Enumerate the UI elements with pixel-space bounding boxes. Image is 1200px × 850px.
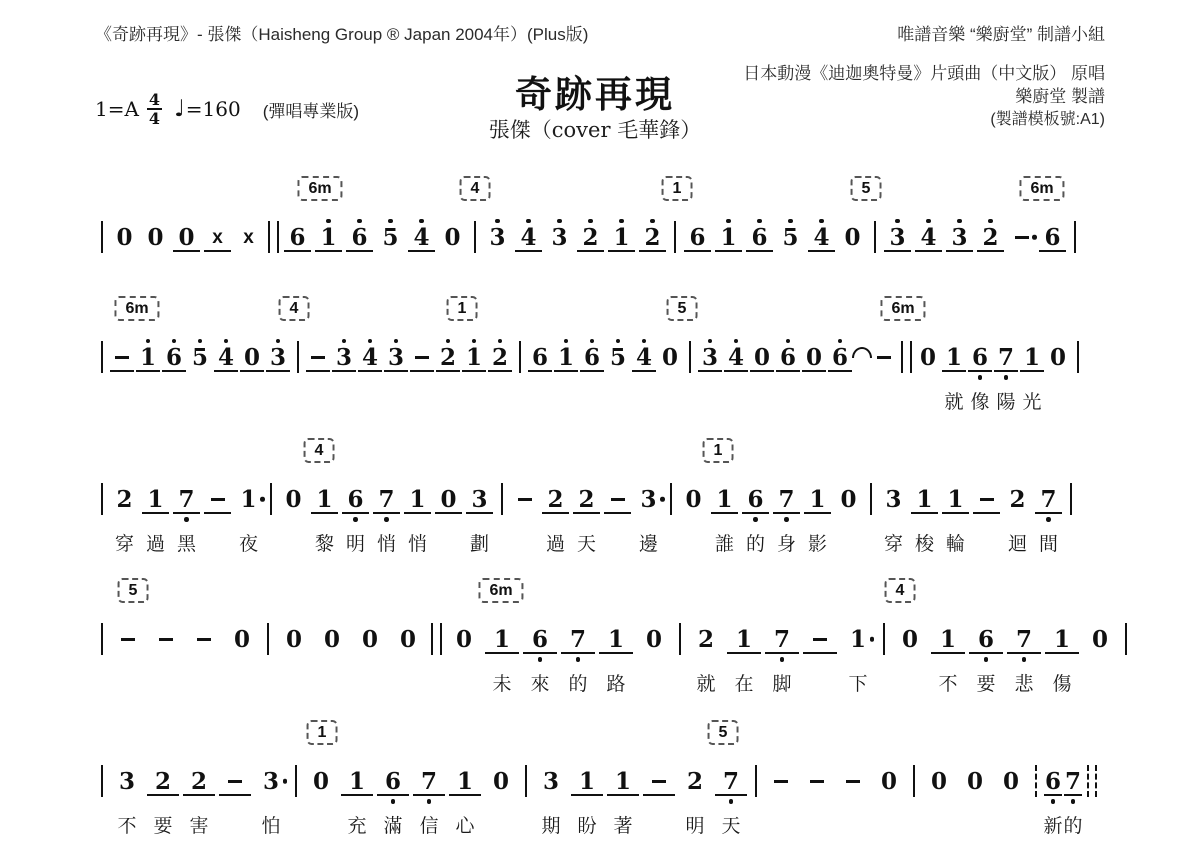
- edition-label: (彈唱專業版): [263, 97, 359, 122]
- note-token: 3: [331, 336, 357, 412]
- lyric-char: 盼: [577, 811, 596, 836]
- note-token: 0: [433, 478, 464, 554]
- note-token: 2: [575, 216, 606, 264]
- barline: [295, 765, 297, 797]
- note-token: 1心: [447, 760, 483, 836]
- note-token: 1在: [725, 618, 763, 694]
- note-token: 1不: [929, 618, 967, 694]
- barline-token: [1071, 336, 1085, 373]
- note-token: 5: [375, 216, 406, 264]
- barline: [501, 483, 503, 515]
- note-token: 7的: [559, 618, 597, 694]
- note-token: 1輪: [940, 478, 971, 554]
- note-token: 0: [275, 618, 313, 694]
- template-id-line: (製譜模板號:A1): [743, 108, 1105, 131]
- note-token: 1光: [1019, 336, 1045, 412]
- lyric-char: 悄: [377, 529, 396, 554]
- barline-token: [683, 336, 697, 373]
- barline: [874, 221, 876, 253]
- notation-row: 3不2要2害3怕01充6滿7信1心03期1盼1著2明7天00006新7的: [95, 760, 1107, 836]
- barline: [270, 483, 272, 515]
- note-token: 6的: [740, 478, 771, 554]
- lyric-char: 充: [347, 811, 366, 836]
- barline-token: [468, 216, 482, 253]
- lyric-char: 明: [685, 811, 704, 836]
- barline-token: [95, 216, 109, 253]
- barline: [101, 483, 103, 515]
- note-token: 2害: [181, 760, 217, 836]
- note-token: 2迴: [1002, 478, 1033, 554]
- barline-token: [907, 760, 921, 797]
- note-token: 0: [871, 760, 907, 836]
- chord-box: 5: [118, 578, 149, 603]
- note-token: 0: [837, 216, 868, 264]
- barline-token: [1068, 216, 1082, 253]
- barline-token: [95, 760, 109, 797]
- lyric-char: 身: [777, 529, 796, 554]
- note-token: 1: [461, 336, 487, 412]
- note-token: 7信: [411, 760, 447, 836]
- lyric-char: 明: [346, 529, 365, 554]
- dash-note: [763, 760, 799, 836]
- dash-note: [185, 618, 223, 694]
- lyric-char: 黑: [177, 529, 196, 554]
- note-token: 0: [171, 216, 202, 264]
- lyric-char: 就: [944, 387, 963, 412]
- lyric-char: 要: [976, 669, 995, 694]
- note-token: 1悄: [402, 478, 433, 554]
- lyric-char: 間: [1039, 529, 1058, 554]
- barline-token: [264, 478, 278, 515]
- chord-box: 5: [667, 296, 698, 321]
- barline: [913, 765, 915, 797]
- music-system: 56m40000001未6來7的1路02就1在7脚1下01不6要7悲1傷0: [95, 578, 1107, 694]
- note-token: 3邊: [633, 478, 664, 554]
- header-song-credit: 《奇跡再現》- 張傑（Haisheng Group ® Japan 2004年）…: [95, 20, 588, 45]
- barline-token: [513, 336, 527, 373]
- note-token: 1誰: [709, 478, 740, 554]
- note-token: 2明: [677, 760, 713, 836]
- note-token: 0: [657, 336, 683, 412]
- lyric-char: 天: [577, 529, 596, 554]
- barline-token: [495, 478, 509, 515]
- chord-row: 41: [95, 438, 1107, 464]
- note-token: 1: [606, 216, 637, 264]
- note-token: 0: [223, 618, 261, 694]
- barline-token: [897, 336, 915, 373]
- barline: [525, 765, 527, 797]
- note-token: 0: [915, 336, 941, 412]
- note-token: 1充: [339, 760, 375, 836]
- dash-note: [1006, 216, 1037, 264]
- dash-note: [202, 478, 233, 554]
- final-barline: [1087, 765, 1097, 797]
- lyric-char: 悄: [408, 529, 427, 554]
- lyric-char: 害: [189, 811, 208, 836]
- lyric-char: 心: [455, 811, 474, 836]
- note-token: 4: [913, 216, 944, 264]
- chord-box: 5: [708, 720, 739, 745]
- note-token: 1下: [839, 618, 877, 694]
- note-token: 6滿: [375, 760, 411, 836]
- origin-line: 日本動漫《迪迦奧特曼》片頭曲（中文版） 原唱: [743, 62, 1105, 85]
- note-token: 7陽: [993, 336, 1019, 412]
- note-token: 2要: [145, 760, 181, 836]
- barline: [101, 765, 103, 797]
- lyric-char: 期: [541, 811, 560, 836]
- barline-token: [664, 478, 678, 515]
- lyric-char: 怕: [261, 811, 280, 836]
- lyric-char: 傷: [1052, 669, 1071, 694]
- barline-token: [264, 216, 282, 253]
- note-token: 1影: [802, 478, 833, 554]
- dash-note: [799, 760, 835, 836]
- note-token: 1夜: [233, 478, 264, 554]
- note-token: 7間: [1033, 478, 1064, 554]
- note-token: 0: [921, 760, 957, 836]
- barline-token: [291, 336, 305, 373]
- chord-row: 15: [95, 720, 1107, 746]
- chord-box: 4: [279, 296, 310, 321]
- barline-token: [1064, 478, 1078, 515]
- note-token: 6: [282, 216, 313, 264]
- dash-note: [971, 478, 1002, 554]
- note-token: 2就: [687, 618, 725, 694]
- lyric-char: 悲: [1014, 669, 1033, 694]
- note-token: 2過: [540, 478, 571, 554]
- note-token: 0: [351, 618, 389, 694]
- chord-box: 5: [851, 176, 882, 201]
- note-token: 3劃: [464, 478, 495, 554]
- note-token: 4: [806, 216, 837, 264]
- percussion-note: x: [202, 216, 233, 264]
- note-token: 7天: [713, 760, 749, 836]
- note-token: 1: [135, 336, 161, 412]
- barline: [101, 341, 103, 373]
- chord-row: 6m4156m: [95, 176, 1107, 202]
- chord-box: 6m: [478, 578, 523, 603]
- note-token: 4: [723, 336, 749, 412]
- dash-note: [835, 760, 871, 836]
- note-token: 2: [975, 216, 1006, 264]
- credits-block: 日本動漫《迪迦奧特曼》片頭曲（中文版） 原唱 樂廚堂 製譜 (製譜模板號:A1): [743, 62, 1105, 131]
- barline: [1077, 341, 1079, 373]
- lyric-char: 陽: [996, 387, 1015, 412]
- barline-token: [864, 478, 878, 515]
- notation-row: 0000001未6來7的1路02就1在7脚1下01不6要7悲1傷0: [95, 618, 1107, 694]
- barline-token: [1083, 760, 1101, 797]
- lyric-char: 輪: [946, 529, 965, 554]
- note-token: 1梭: [909, 478, 940, 554]
- lyric-char: 夜: [239, 529, 258, 554]
- note-token: 0: [833, 478, 864, 554]
- dash-note: [217, 760, 253, 836]
- note-token: 1過: [140, 478, 171, 554]
- note-token: 6: [682, 216, 713, 264]
- note-token: 2穿: [109, 478, 140, 554]
- barline-token: [519, 760, 533, 797]
- note-token: 3穿: [878, 478, 909, 554]
- tempo-marking: ♩ =160: [174, 96, 241, 122]
- lyric-char: 路: [606, 669, 625, 694]
- lyric-char: 不: [117, 811, 136, 836]
- header-publisher: 唯譜音樂 “樂廚堂” 制譜小組: [897, 20, 1105, 45]
- barline-token: [427, 618, 445, 655]
- note-token: 0: [993, 760, 1029, 836]
- note-token: 4: [213, 336, 239, 412]
- chord-box: 4: [885, 578, 916, 603]
- chord-row: 56m4: [95, 578, 1107, 604]
- note-token: 0: [483, 760, 519, 836]
- chord-box: 1: [662, 176, 693, 201]
- note-token: 0: [678, 478, 709, 554]
- note-token: 6: [161, 336, 187, 412]
- lyric-char: 像: [970, 387, 989, 412]
- note-token: 3期: [533, 760, 569, 836]
- barline-token: [95, 478, 109, 515]
- barline-token: [673, 618, 687, 655]
- double-barline: [431, 623, 442, 655]
- note-token: 0: [239, 336, 265, 412]
- lyric-char: 邊: [639, 529, 658, 554]
- barline: [870, 483, 872, 515]
- lyric-char: 滿: [383, 811, 402, 836]
- double-barline: [268, 221, 279, 253]
- chord-box: 6m: [880, 296, 925, 321]
- note-token: 0: [957, 760, 993, 836]
- note-token: 0: [891, 618, 929, 694]
- note-token: 1黎: [309, 478, 340, 554]
- barline-token: [95, 336, 109, 373]
- note-token: 3: [544, 216, 575, 264]
- dash-note: [109, 618, 147, 694]
- note-token: 1路: [597, 618, 635, 694]
- note-token: 0: [109, 216, 140, 264]
- chord-box: 4: [460, 176, 491, 201]
- key-tempo-row: 1=A 4 4 ♩ =160 (彈唱專業版): [95, 92, 359, 126]
- note-token: 5: [605, 336, 631, 412]
- note-token: 6: [775, 336, 801, 412]
- time-sig-numerator: 4: [149, 92, 160, 107]
- music-system: 6m4156m16540334321261654034060601就6像7陽1光…: [95, 296, 1107, 412]
- note-token: 0: [1045, 336, 1071, 412]
- note-token: 7的: [1063, 760, 1083, 836]
- lyric-char: 影: [808, 529, 827, 554]
- note-token: 4: [357, 336, 383, 412]
- barline: [474, 221, 476, 253]
- lyric-char: 著: [613, 811, 632, 836]
- lyric-char: 的: [568, 669, 587, 694]
- tie-arc: [853, 336, 871, 412]
- chord-box: 1: [447, 296, 478, 321]
- note-token: 6: [527, 336, 553, 412]
- note-token: 1傷: [1043, 618, 1081, 694]
- note-token: 2天: [571, 478, 602, 554]
- dash-note: [409, 336, 435, 412]
- lyric-char: 劃: [470, 529, 489, 554]
- note-token: 1: [553, 336, 579, 412]
- barline: [101, 623, 103, 655]
- lyric-char: 梭: [915, 529, 934, 554]
- barline: [1070, 483, 1072, 515]
- dash-note: [871, 336, 897, 412]
- lyric-char: 就: [696, 669, 715, 694]
- note-token: 6: [827, 336, 853, 412]
- chord-row: 6m4156m: [95, 296, 1107, 322]
- lyric-char: 過: [146, 529, 165, 554]
- barline-token: [261, 618, 275, 655]
- note-token: 0: [801, 336, 827, 412]
- sheet-music-page: 《奇跡再現》- 張傑（Haisheng Group ® Japan 2004年）…: [0, 0, 1200, 850]
- lyric-char: 迴: [1008, 529, 1027, 554]
- lyric-char: 要: [153, 811, 172, 836]
- lyric-char: 下: [848, 669, 867, 694]
- lyric-char: 脚: [772, 669, 791, 694]
- lyric-char: 黎: [315, 529, 334, 554]
- barline: [1125, 623, 1127, 655]
- dash-note: [801, 618, 839, 694]
- barline-token: [749, 760, 763, 797]
- lyric-char: 穿: [115, 529, 134, 554]
- note-token: 0: [445, 618, 483, 694]
- note-token: 7身: [771, 478, 802, 554]
- note-token: 2: [435, 336, 461, 412]
- time-signature: 4 4: [147, 92, 162, 126]
- note-token: 3: [882, 216, 913, 264]
- barline-token: [668, 216, 682, 253]
- note-token: 3: [265, 336, 291, 412]
- chord-box: 1: [703, 438, 734, 463]
- music-system: 412穿1過7黑1夜01黎6明7悄1悄03劃2過2天3邊01誰6的7身1影03穿…: [95, 438, 1107, 554]
- barline: [679, 623, 681, 655]
- note-token: 0: [303, 760, 339, 836]
- lyric-char: 穿: [884, 529, 903, 554]
- lyric-char: 光: [1022, 387, 1041, 412]
- note-token: 4: [406, 216, 437, 264]
- chord-box: 6m: [114, 296, 159, 321]
- barline: [519, 341, 521, 373]
- music-system: 153不2要2害3怕01充6滿7信1心03期1盼1著2明7天00006新7的: [95, 720, 1107, 836]
- time-sig-denominator: 4: [149, 111, 160, 126]
- chord-box: 6m: [297, 176, 342, 201]
- barline-token: [1029, 760, 1043, 797]
- notation-row: 16540334321261654034060601就6像7陽1光0: [95, 336, 1107, 412]
- lyric-char: 不: [938, 669, 957, 694]
- note-token: 3: [383, 336, 409, 412]
- note-token: 2: [637, 216, 668, 264]
- lyric-char: 來: [530, 669, 549, 694]
- dash-note: [602, 478, 633, 554]
- note-token: 5: [187, 336, 213, 412]
- barline: [674, 221, 676, 253]
- chord-box: 6m: [1019, 176, 1064, 201]
- note-token: 0: [278, 478, 309, 554]
- note-token: 1盼: [569, 760, 605, 836]
- note-token: 3: [944, 216, 975, 264]
- note-token: 1: [713, 216, 744, 264]
- note-token: 7悄: [371, 478, 402, 554]
- barline-token: [877, 618, 891, 655]
- note-token: 1著: [605, 760, 641, 836]
- note-token: 1就: [941, 336, 967, 412]
- note-token: 3: [482, 216, 513, 264]
- note-token: 6來: [521, 618, 559, 694]
- dash-note: [641, 760, 677, 836]
- note-token: 0: [749, 336, 775, 412]
- lyric-char: 信: [419, 811, 438, 836]
- note-token: 0: [437, 216, 468, 264]
- notation-row: 000xx61654034321261654034326: [95, 216, 1107, 264]
- note-token: 6: [344, 216, 375, 264]
- dash-note: [305, 336, 331, 412]
- quarter-note-icon: ♩: [174, 96, 185, 122]
- note-token: 0: [140, 216, 171, 264]
- tempo-value: =160: [186, 97, 241, 121]
- barline: [1074, 221, 1076, 253]
- lyric-char: 過: [546, 529, 565, 554]
- note-token: 7黑: [171, 478, 202, 554]
- dash-note: [509, 478, 540, 554]
- barline: [883, 623, 885, 655]
- note-token: 3: [697, 336, 723, 412]
- barline-token: [1119, 618, 1133, 655]
- dash-note: [147, 618, 185, 694]
- chord-box: 4: [304, 438, 335, 463]
- dash-note: [109, 336, 135, 412]
- note-token: 5: [775, 216, 806, 264]
- dashed-barline: [1035, 765, 1037, 797]
- barline: [267, 623, 269, 655]
- note-token: 6: [579, 336, 605, 412]
- barline: [297, 341, 299, 373]
- maker-line: 樂廚堂 製譜: [743, 85, 1105, 108]
- barline-token: [868, 216, 882, 253]
- note-token: 6: [744, 216, 775, 264]
- barline: [101, 221, 103, 253]
- note-token: 7悲: [1005, 618, 1043, 694]
- lyric-char: 誰: [715, 529, 734, 554]
- note-token: 0: [1081, 618, 1119, 694]
- note-token: 4: [631, 336, 657, 412]
- note-token: 3怕: [253, 760, 289, 836]
- music-system: 6m4156m000xx61654034321261654034326: [95, 176, 1107, 264]
- lyric-char: 新: [1043, 811, 1062, 836]
- lyric-char: 未: [492, 669, 511, 694]
- notation-row: 2穿1過7黑1夜01黎6明7悄1悄03劃2過2天3邊01誰6的7身1影03穿1梭…: [95, 478, 1107, 554]
- percussion-note: x: [233, 216, 264, 264]
- note-token: 0: [313, 618, 351, 694]
- lyric-char: 在: [734, 669, 753, 694]
- barline: [689, 341, 691, 373]
- lyric-char: 天: [721, 811, 740, 836]
- note-token: 6: [1037, 216, 1068, 264]
- barline-token: [289, 760, 303, 797]
- chord-box: 1: [307, 720, 338, 745]
- note-token: 6明: [340, 478, 371, 554]
- note-token: 6要: [967, 618, 1005, 694]
- lyric-char: 的: [746, 529, 765, 554]
- note-token: 7脚: [763, 618, 801, 694]
- note-token: 6像: [967, 336, 993, 412]
- barline: [755, 765, 757, 797]
- note-token: 3不: [109, 760, 145, 836]
- note-token: 0: [635, 618, 673, 694]
- barline-token: [95, 618, 109, 655]
- lyric-char: 的: [1063, 811, 1082, 836]
- note-token: 0: [389, 618, 427, 694]
- note-token: 2: [487, 336, 513, 412]
- note-token: 4: [513, 216, 544, 264]
